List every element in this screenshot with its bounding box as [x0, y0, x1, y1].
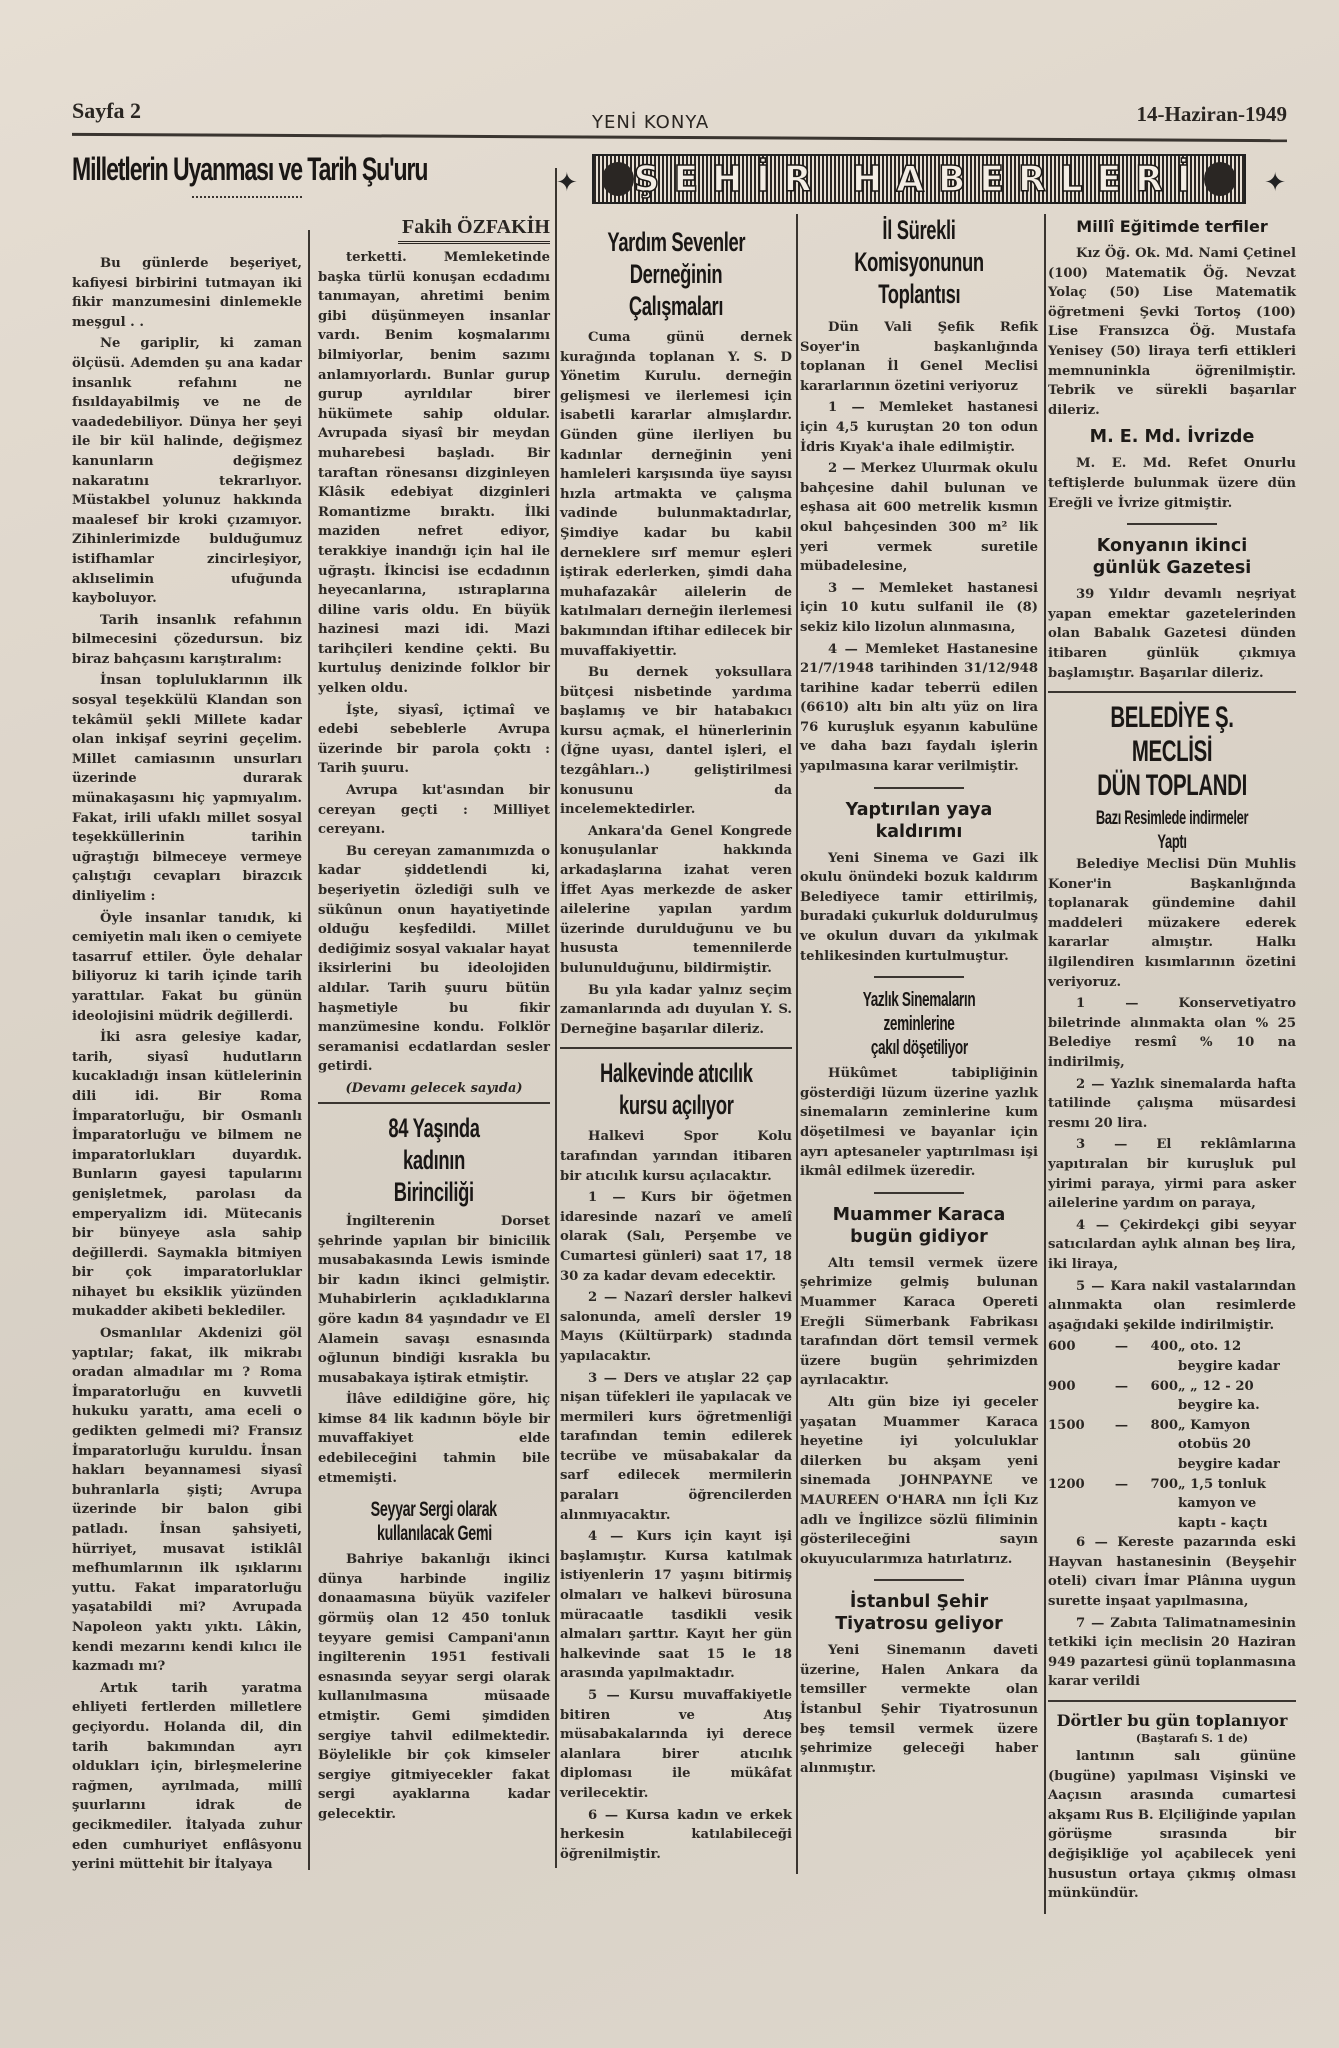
continuation-note: (Baştarafı S. 1 de) [1088, 1732, 1296, 1745]
fare-cell: 900 [1048, 1377, 1098, 1416]
subheadline-text: Bazı Resimlede indirmeler Yaptı [1088, 807, 1257, 855]
headline-line: DÜN TOPLANDI [1097, 769, 1247, 803]
article-belediye-subheadline: Bazı Resimlede indirmeler Yaptı [1048, 807, 1296, 855]
paragraph: 39 Yıldır devamlı neşriyat yapan emektar… [1048, 585, 1296, 683]
paragraph: Bu yıla kadar yalnız seçim zamanlarında … [560, 981, 792, 1040]
article-kaldirim-body: Yeni Sinema ve Gazi ilk okulu önündeki b… [800, 849, 1038, 967]
article-halkevi-headline: Halkevinde atıcılık kursu açılıyor [560, 1057, 792, 1121]
paragraph: İngilterenin Dorset şehrinde yapılan bir… [318, 1212, 550, 1388]
article-belediye-headline: BELEDİYE Ş. MECLİSİ DÜN TOPLANDI [1048, 701, 1296, 803]
article-kaldirim-headline: Yaptırılan yaya kaldırımı [800, 799, 1038, 843]
paragraph: Bu günlerde beşeriyet, kafiyesi birbirin… [72, 254, 302, 332]
continued-note: (Devamı gelecek sayıda) [318, 1081, 550, 1096]
paragraph: Bahriye bakanlığı ikinci dünya harbinde … [318, 1550, 550, 1824]
article-sinema-headline: Yazlık Sinemaların zeminlerine çakıl döş… [800, 988, 1038, 1060]
article-belediye-body: Belediye Meclisi Dün Muhlis Koner'in Baş… [1048, 855, 1296, 1335]
paragraph: Altı gün bize iyi geceler yaşatan Muamme… [800, 1393, 1038, 1569]
separator [560, 1047, 792, 1049]
paragraph: Öyle insanlar tanıdık, ki cemiyetin malı… [72, 909, 302, 1027]
paragraph: 4 — Memleket Hastanesine 21/7/1948 tarih… [800, 640, 1038, 777]
paragraph: Cuma günü dernek kurağında toplanan Y. S… [560, 328, 792, 661]
article-sinema-body: Hükûmet tabipliğinin gösterdiği lüzum üz… [800, 1064, 1038, 1182]
paragraph: 5 — Kara nakil vastalarından alınmakta o… [1048, 1277, 1296, 1336]
paragraph: Avrupa kıt'asından bir cereyan geçti : M… [318, 781, 550, 840]
fare-cell: — [1098, 1337, 1128, 1376]
headline-line: 84 Yaşında kadının [355, 1112, 513, 1176]
separator [1048, 1700, 1296, 1702]
diamond-ornament-icon: ✦ [1264, 168, 1286, 198]
paragraph: Ne gariplir, ki zaman ölçüsü. Ademden şu… [72, 334, 302, 608]
main-article-headline: Milletlerin Uyanması ve Tarih Şu'uru [72, 150, 238, 188]
paragraph: 2 — Nazarî dersler halkevi salonunda, am… [560, 1288, 792, 1366]
author-byline: Fakih ÖZFAKİH [398, 216, 550, 244]
column-rule [796, 214, 798, 1874]
main-article-col2: Fakih ÖZFAKİH terketti. Memleketinde baş… [318, 150, 550, 1827]
headline-line: BELEDİYE Ş. MECLİSİ [1088, 701, 1257, 769]
main-article-col1: Milletlerin Uyanması ve Tarih Şu'uru Bu … [72, 150, 302, 1877]
paragraph: lantının salı gününe (bugüne) yapılması … [1048, 1747, 1296, 1904]
fare-row: 600—400„ oto. 12 beygire kadar [1048, 1337, 1296, 1376]
fare-cell: 600 [1048, 1337, 1098, 1376]
column-rule [1044, 214, 1046, 1914]
fare-cell: „ 1,5 tonluk kamyon ve kaptı - kaçtı [1178, 1475, 1296, 1534]
fare-row: 900—600„ „ 12 - 20 beygire ka. [1048, 1377, 1296, 1416]
separator [874, 1192, 964, 1194]
fare-row: 1200—700„ 1,5 tonluk kamyon ve kaptı - k… [1048, 1475, 1296, 1534]
paragraph: İşte, siyasî, içtimaî ve edebi sebeblerl… [318, 701, 550, 779]
paragraph: 7 — Zabıta Talimatnamesinin tetkiki için… [1048, 1614, 1296, 1692]
headline-line: kursu açılıyor [619, 1089, 734, 1121]
fare-cell: — [1098, 1475, 1128, 1534]
fare-cell: „ „ 12 - 20 beygire ka. [1178, 1377, 1296, 1416]
circle-ornament-icon [602, 162, 634, 196]
paragraph: 3 — Memleket hastanesi için 10 kutu sulf… [800, 579, 1038, 638]
paragraph: Belediye Meclisi Dün Muhlis Koner'in Baş… [1048, 855, 1296, 992]
fare-cell: 600 [1128, 1377, 1178, 1416]
fare-cell: 700 [1128, 1475, 1178, 1534]
headline-line: çakıl döşetiliyor [870, 1036, 967, 1060]
banner-title: ŞEHİR HABERLERİ [628, 159, 1211, 200]
main-article-body-cont: terketti. Memleketinde başka türlü konuş… [318, 248, 550, 1077]
headline-line: Yaptırılan yaya [846, 800, 993, 820]
paragraph: terketti. Memleketinde başka türlü konuş… [318, 248, 550, 699]
headline-line: İstanbul Şehir [850, 1592, 988, 1612]
paragraph: Halkevi Spor Kolu tarafından yarından it… [560, 1127, 792, 1186]
paragraph: 3 — Ders ve atışlar 22 çap nişan tüfekle… [560, 1369, 792, 1526]
city-news-banner: ✦ ŞEHİR HABERLERİ ✦ [556, 148, 1286, 208]
paragraph: M. E. Md. Refet Onurlu teftişlerde bulun… [1048, 454, 1296, 513]
col5: Millî Eğitimde terfiler Kız Öğ. Ok. Md. … [1048, 214, 1296, 1906]
headline-line: Seyyar Sergi olarak [371, 1498, 497, 1522]
headline-line: Tiyatrosu geliyor [835, 1614, 1003, 1634]
diamond-ornament-icon: ✦ [556, 168, 578, 198]
headline-line: Halkevinde atıcılık [600, 1057, 753, 1089]
headline-line: Konyanın ikinci [1097, 536, 1247, 556]
newspaper-title: YENİ KONYA [592, 112, 709, 133]
col3: Yardım Sevenler Derneğinin Çalışmaları C… [560, 226, 792, 1866]
paragraph: Altı temsil vermek üzere şehrimize gelmi… [800, 1254, 1038, 1391]
circle-ornament-icon [1204, 162, 1236, 196]
headline-line: Birinciliği [394, 1176, 474, 1208]
headline-line: Muammer Karaca [833, 1205, 1006, 1225]
headline-line: Toplantısı [878, 278, 960, 310]
article-tiyatro-headline: İstanbul Şehir Tiyatrosu geliyor [800, 1591, 1038, 1635]
paragraph: 2 — Merkez Uluırmak okulu bahçesine dahi… [800, 459, 1038, 577]
paragraph: İki asra gelesiye kadar, tarih, siyasî h… [72, 1028, 302, 1322]
paragraph: Hükûmet tabipliğinin gösterdiği lüzum üz… [800, 1064, 1038, 1182]
separator [874, 787, 964, 789]
fare-cell: „ oto. 12 beygire kadar [1178, 1337, 1296, 1376]
paragraph: 1 — Kurs bir öğetmen idaresinde nazarî v… [560, 1188, 792, 1286]
page-number: Sayfa 2 [72, 98, 141, 124]
headline-line: Derneğinin Çalışmaları [597, 258, 755, 322]
article-yardim-headline: Yardım Sevenler Derneğinin Çalışmaları [560, 226, 792, 322]
article-gemi-body: Bahriye bakanlığı ikinci dünya harbinde … [318, 1550, 550, 1824]
paragraph: 4 — Kurs için kayıt işi başlamıştır. Kur… [560, 1527, 792, 1684]
article-gazete-headline: Konyanın ikinci günlük Gazetesi [1048, 535, 1296, 579]
separator [1127, 523, 1217, 525]
fare-cell: 800 [1128, 1416, 1178, 1475]
headline-line: kaldırımı [876, 822, 963, 842]
paragraph: 5 — Kursu muvaffakiyetle bitiren ve Atış… [560, 1686, 792, 1804]
headline-line: Yazlık Sinemaların zeminlerine [838, 988, 1000, 1036]
article-84-body: İngilterenin Dorset şehrinde yapılan bir… [318, 1212, 550, 1488]
fare-cell: 1200 [1048, 1475, 1098, 1534]
paragraph: 2 — Yazlık sinemalarda hafta tatilinde ç… [1048, 1075, 1296, 1134]
paragraph: İnsan topluluklarının ilk sosyal teşekkü… [72, 671, 302, 906]
paragraph: Bu cereyan zamanımızda o kadar şiddetlen… [318, 842, 550, 1077]
article-terfi-body: Kız Öğ. Ok. Md. Nami Çetinel (100) Matem… [1048, 244, 1296, 420]
article-dortler-body: lantının salı gününe (bugüne) yapılması … [1048, 1747, 1296, 1904]
fare-row: 1500—800„ Kamyon otobüs 20 beygire kadar [1048, 1416, 1296, 1475]
paragraph: Yeni Sinema ve Gazi ilk okulu önündeki b… [800, 849, 1038, 967]
article-yardim-body: Cuma günü dernek kurağında toplanan Y. S… [560, 328, 792, 1039]
article-halkevi-body: Halkevi Spor Kolu tarafından yarından it… [560, 1127, 792, 1864]
separator [1048, 691, 1296, 693]
paragraph: 4 — Çekirdekçi gibi seyyar satıcılardan … [1048, 1216, 1296, 1275]
paragraph: Dün Vali Şefik Refik Soyer'in başkanlığı… [800, 318, 1038, 396]
fare-cell: — [1098, 1377, 1128, 1416]
issue-date: 14-Haziran-1949 [1137, 102, 1287, 127]
fare-table: 600—400„ oto. 12 beygire kadar900—600„ „… [1048, 1337, 1296, 1533]
article-karaca-body: Altı temsil vermek üzere şehrimize gelmi… [800, 1254, 1038, 1570]
paragraph: İlâve edildiğine göre, hiç kimse 84 lik … [318, 1390, 550, 1488]
article-tiyatro-body: Yeni Sinemanın daveti üzerine, Halen Ank… [800, 1641, 1038, 1778]
article-ivriz-headline: M. E. Md. İvrizde [1048, 426, 1296, 448]
fare-cell: „ Kamyon otobüs 20 beygire kadar [1178, 1416, 1296, 1475]
paragraph: 3 — El reklâmlarına yapıtıralan bir kuru… [1048, 1135, 1296, 1213]
masthead-rule [72, 133, 1287, 142]
article-ivriz-body: M. E. Md. Refet Onurlu teftişlerde bulun… [1048, 454, 1296, 513]
article-komisyon-body: Dün Vali Şefik Refik Soyer'in başkanlığı… [800, 318, 1038, 777]
paragraph: 1 — Konservetiyatro biletrinde alınmakta… [1048, 994, 1296, 1072]
separator [874, 1579, 964, 1581]
paragraph: Bu dernek yoksullara bütçesi nisbetinde … [560, 663, 792, 820]
article-dortler-headline: Dörtler bu gün toplanıyor [1048, 1710, 1296, 1732]
headline-line: Yardım Sevenler [607, 226, 745, 258]
banner-box: ŞEHİR HABERLERİ [592, 154, 1246, 204]
fare-cell: — [1098, 1416, 1128, 1475]
fare-cell: 400 [1128, 1337, 1178, 1376]
article-gazete-body: 39 Yıldır devamlı neşriyat yapan emektar… [1048, 585, 1296, 683]
headline-line: bugün gidiyor [850, 1227, 988, 1247]
paragraph: Kız Öğ. Ok. Md. Nami Çetinel (100) Matem… [1048, 244, 1296, 420]
paragraph: 1 — Memleket hastanesi için 4,5 kuruştan… [800, 398, 1038, 457]
paragraph: Tarih insanlık refahının bilmecesini çöz… [72, 611, 302, 670]
headline-line: İl Sürekli Komisyonunun [838, 214, 1000, 278]
col4: İl Sürekli Komisyonunun Toplantısı Dün V… [800, 214, 1038, 1780]
article-belediye-body-cont: 6 — Kereste pazarında eski Hayvan hastan… [1048, 1533, 1296, 1692]
article-84-headline: 84 Yaşında kadının Birinciliği [318, 1112, 550, 1208]
paragraph: Osmanlılar Akdenizi göl yaptılar; fakat,… [72, 1324, 302, 1677]
headline-line: kullanılacak Gemi [377, 1522, 492, 1546]
masthead: Sayfa 2 YENİ KONYA 14-Haziran-1949 [72, 96, 1287, 146]
main-article-body: Bu günlerde beşeriyet, kafiyesi birbirin… [72, 254, 302, 1875]
paragraph: Yeni Sinemanın daveti üzerine, Halen Ank… [800, 1641, 1038, 1778]
article-terfi-headline: Millî Eğitimde terfiler [1048, 216, 1296, 238]
paragraph: 6 — Kereste pazarında eski Hayvan hastan… [1048, 1533, 1296, 1611]
headline-line: günlük Gazetesi [1093, 558, 1252, 578]
article-komisyon-headline: İl Sürekli Komisyonunun Toplantısı [800, 214, 1038, 310]
newspaper-page: Sayfa 2 YENİ KONYA 14-Haziran-1949 Mille… [0, 0, 1339, 2048]
article-karaca-headline: Muammer Karaca bugün gidiyor [800, 1204, 1038, 1248]
column-rule [555, 168, 557, 1868]
article-gemi-headline: Seyyar Sergi olarak kullanılacak Gemi [318, 1498, 550, 1546]
separator [318, 1102, 550, 1104]
separator [874, 976, 964, 978]
column-rule [308, 230, 310, 1870]
paragraph: Ankara'da Genel Kongrede konuşulanlar ha… [560, 822, 792, 979]
paragraph: Artık tarih yaratma ehliyeti fertlerden … [72, 1679, 302, 1875]
paragraph: 6 — Kursa kadın ve erkek herkesin katıla… [560, 1806, 792, 1865]
fare-cell: 1500 [1048, 1416, 1098, 1475]
